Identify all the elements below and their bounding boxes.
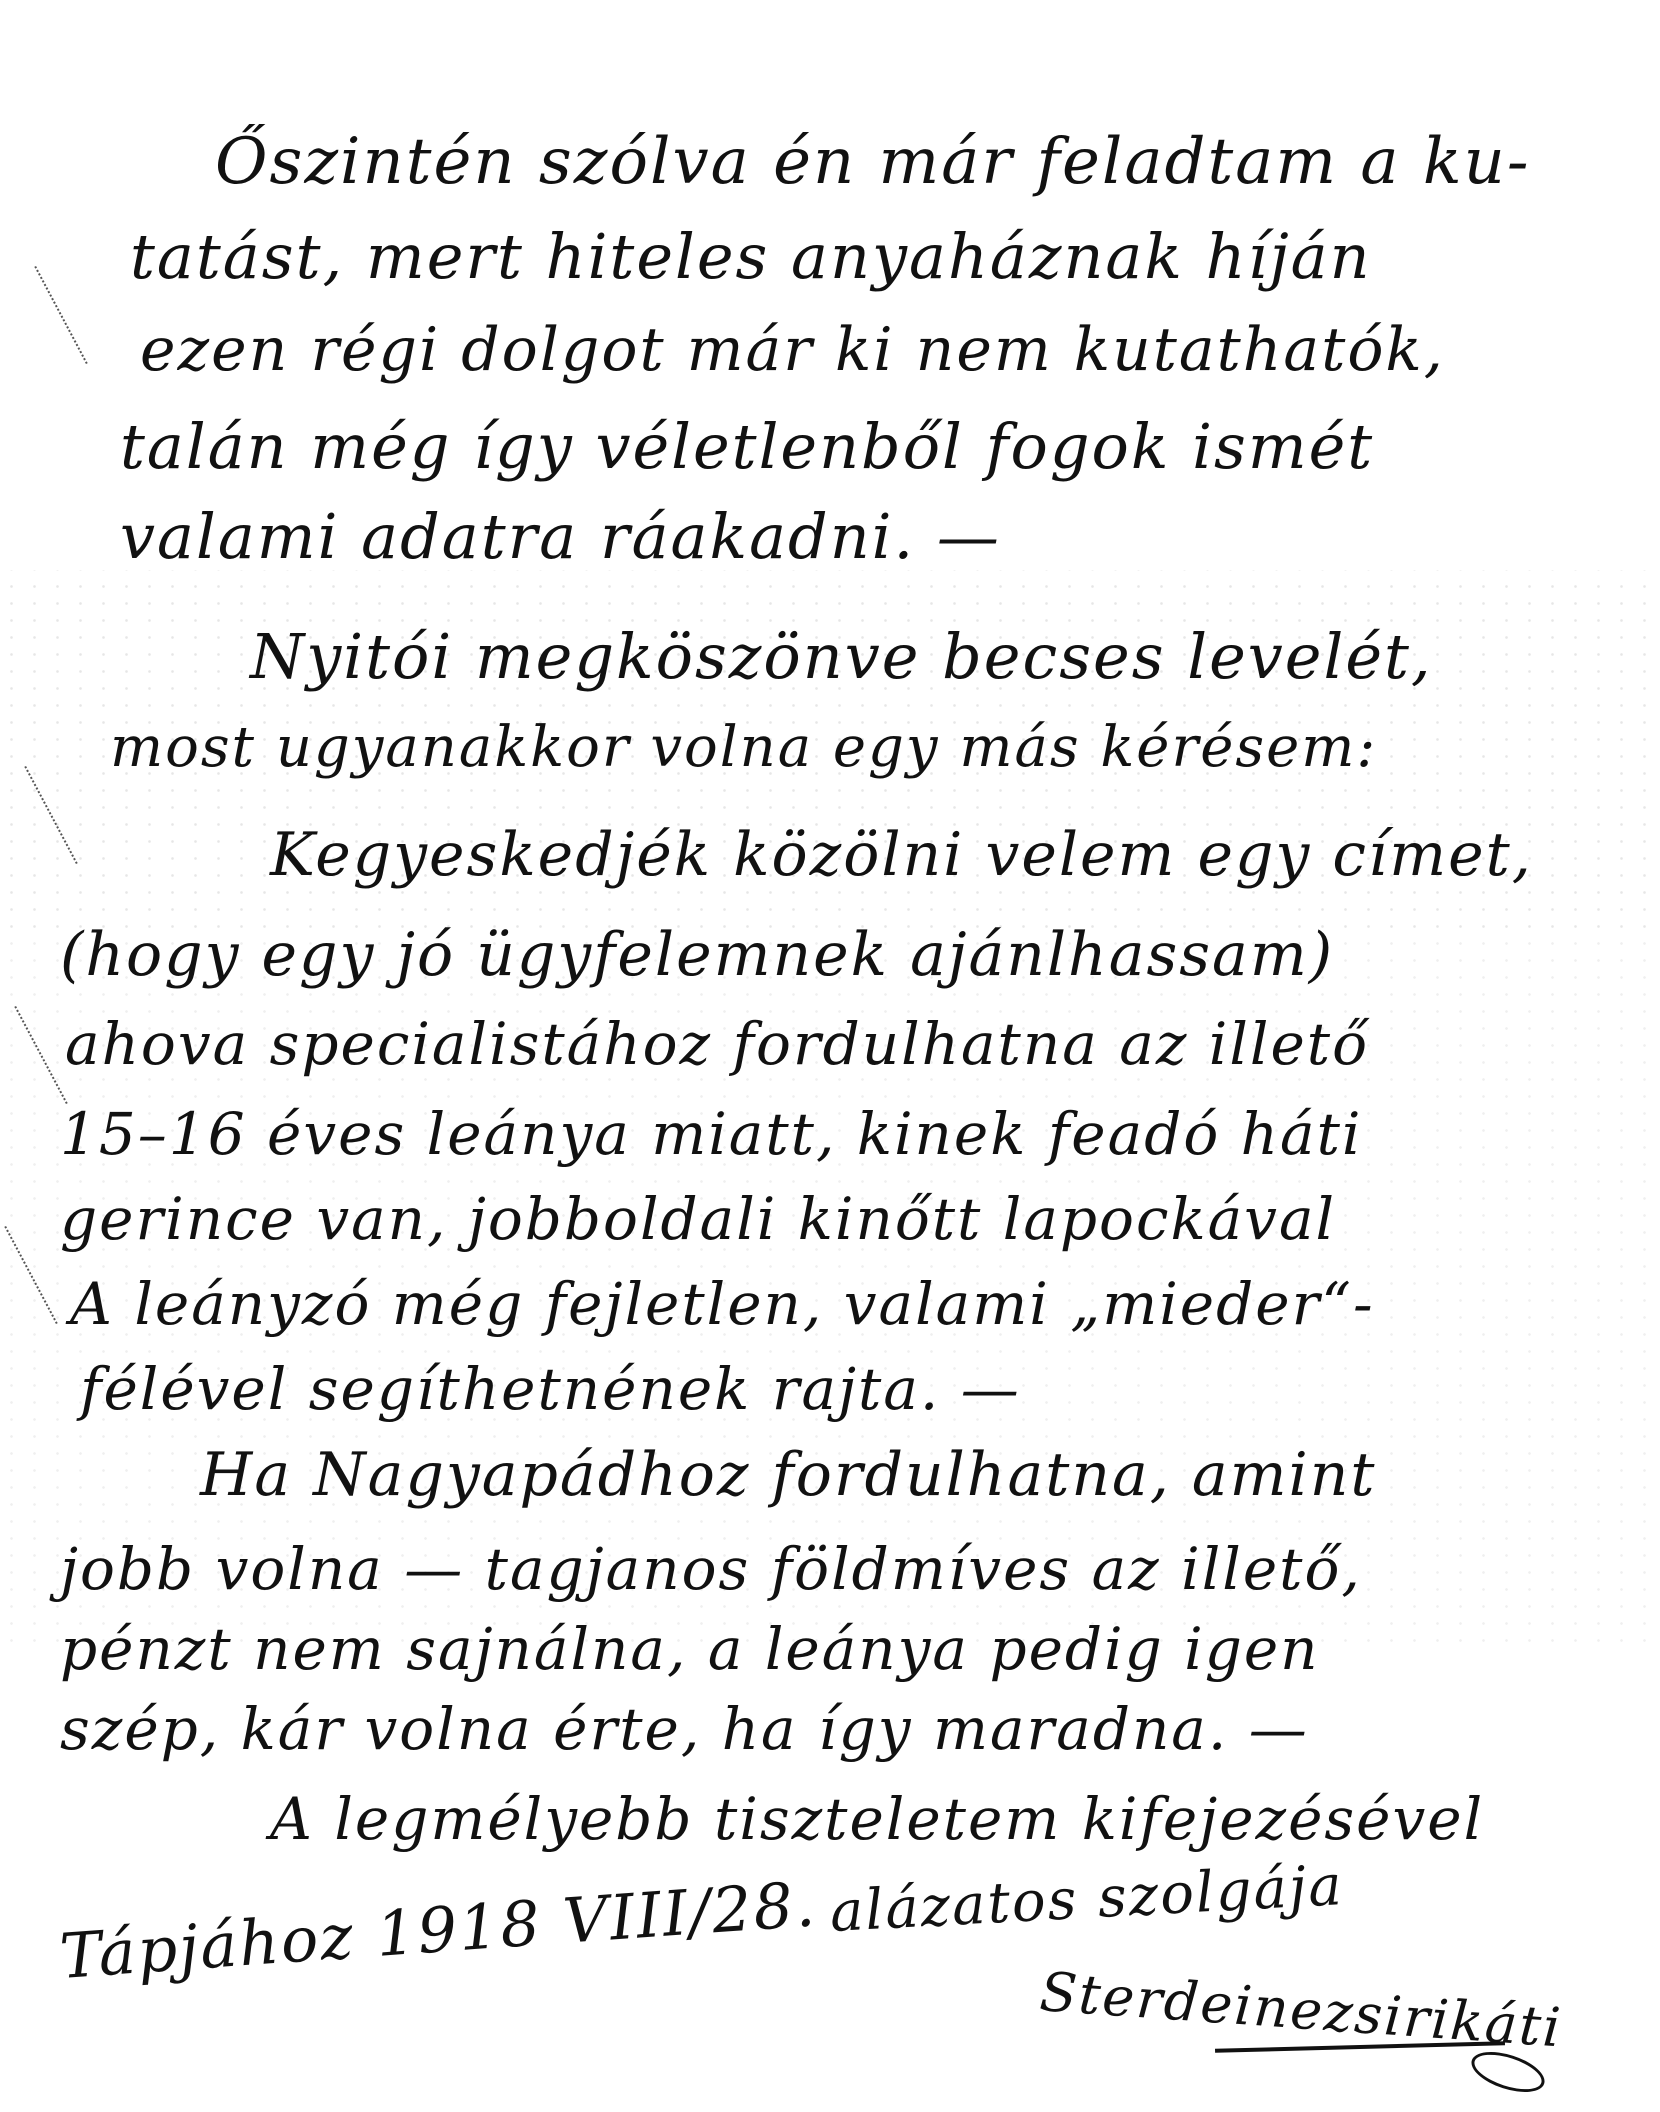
letter-line: tatást, mert hiteles anyaháznak híján bbox=[130, 220, 1372, 293]
margin-stroke bbox=[34, 266, 87, 364]
letter-line: ezen régi dolgot már ki nem kutathatók, bbox=[140, 315, 1445, 385]
letter-line: szép, kár volna érte, ha így maradna. — bbox=[60, 1695, 1309, 1763]
letter-line: A legmélyebb tiszteletem kifejezésével bbox=[270, 1785, 1484, 1853]
letter-line: félével segíthetnének rajta. — bbox=[80, 1355, 1021, 1423]
margin-stroke bbox=[14, 1006, 67, 1104]
letter-closing: alázatos szolgája bbox=[828, 1853, 1345, 1945]
letter-line: jobb volna — tagjanos földmíves az illet… bbox=[60, 1535, 1362, 1603]
letter-line: Kegyeskedjék közölni velem egy címet, bbox=[270, 820, 1533, 890]
margin-stroke bbox=[4, 1226, 57, 1324]
letter-page: Őszintén szólva én már feladtam a ku- ta… bbox=[0, 0, 1660, 2112]
letter-line: pénzt nem sajnálna, a leánya pedig igen bbox=[60, 1615, 1320, 1683]
letter-line: A leányzó még fejletlen, valami „mieder“… bbox=[70, 1270, 1375, 1338]
letter-line: Ha Nagyapádhoz fordulhatna, amint bbox=[200, 1440, 1377, 1510]
place-and-date: Tápjához 1918 VIII/28. bbox=[57, 1867, 818, 1993]
letter-line: (hogy egy jó ügyfelemnek ajánlhassam) bbox=[60, 920, 1334, 990]
letter-line: most ugyanakkor volna egy más kérésem: bbox=[110, 715, 1377, 780]
letter-line: ahova specialistához fordulhatna az ille… bbox=[65, 1010, 1369, 1078]
letter-line: valami adatra ráakadni. — bbox=[120, 500, 1001, 573]
margin-stroke bbox=[24, 766, 77, 864]
letter-line: talán még így véletlenből fogok ismét bbox=[120, 410, 1374, 483]
letter-line: gerince van, jobboldali kinőtt lapockáva… bbox=[60, 1185, 1336, 1253]
letter-line: Őszintén szólva én már feladtam a ku- bbox=[215, 125, 1531, 199]
letter-line: 15–16 éves leánya miatt, kinek feadó hát… bbox=[60, 1100, 1362, 1168]
letter-line: Nyitói megköszönve becses levelét, bbox=[250, 620, 1433, 693]
